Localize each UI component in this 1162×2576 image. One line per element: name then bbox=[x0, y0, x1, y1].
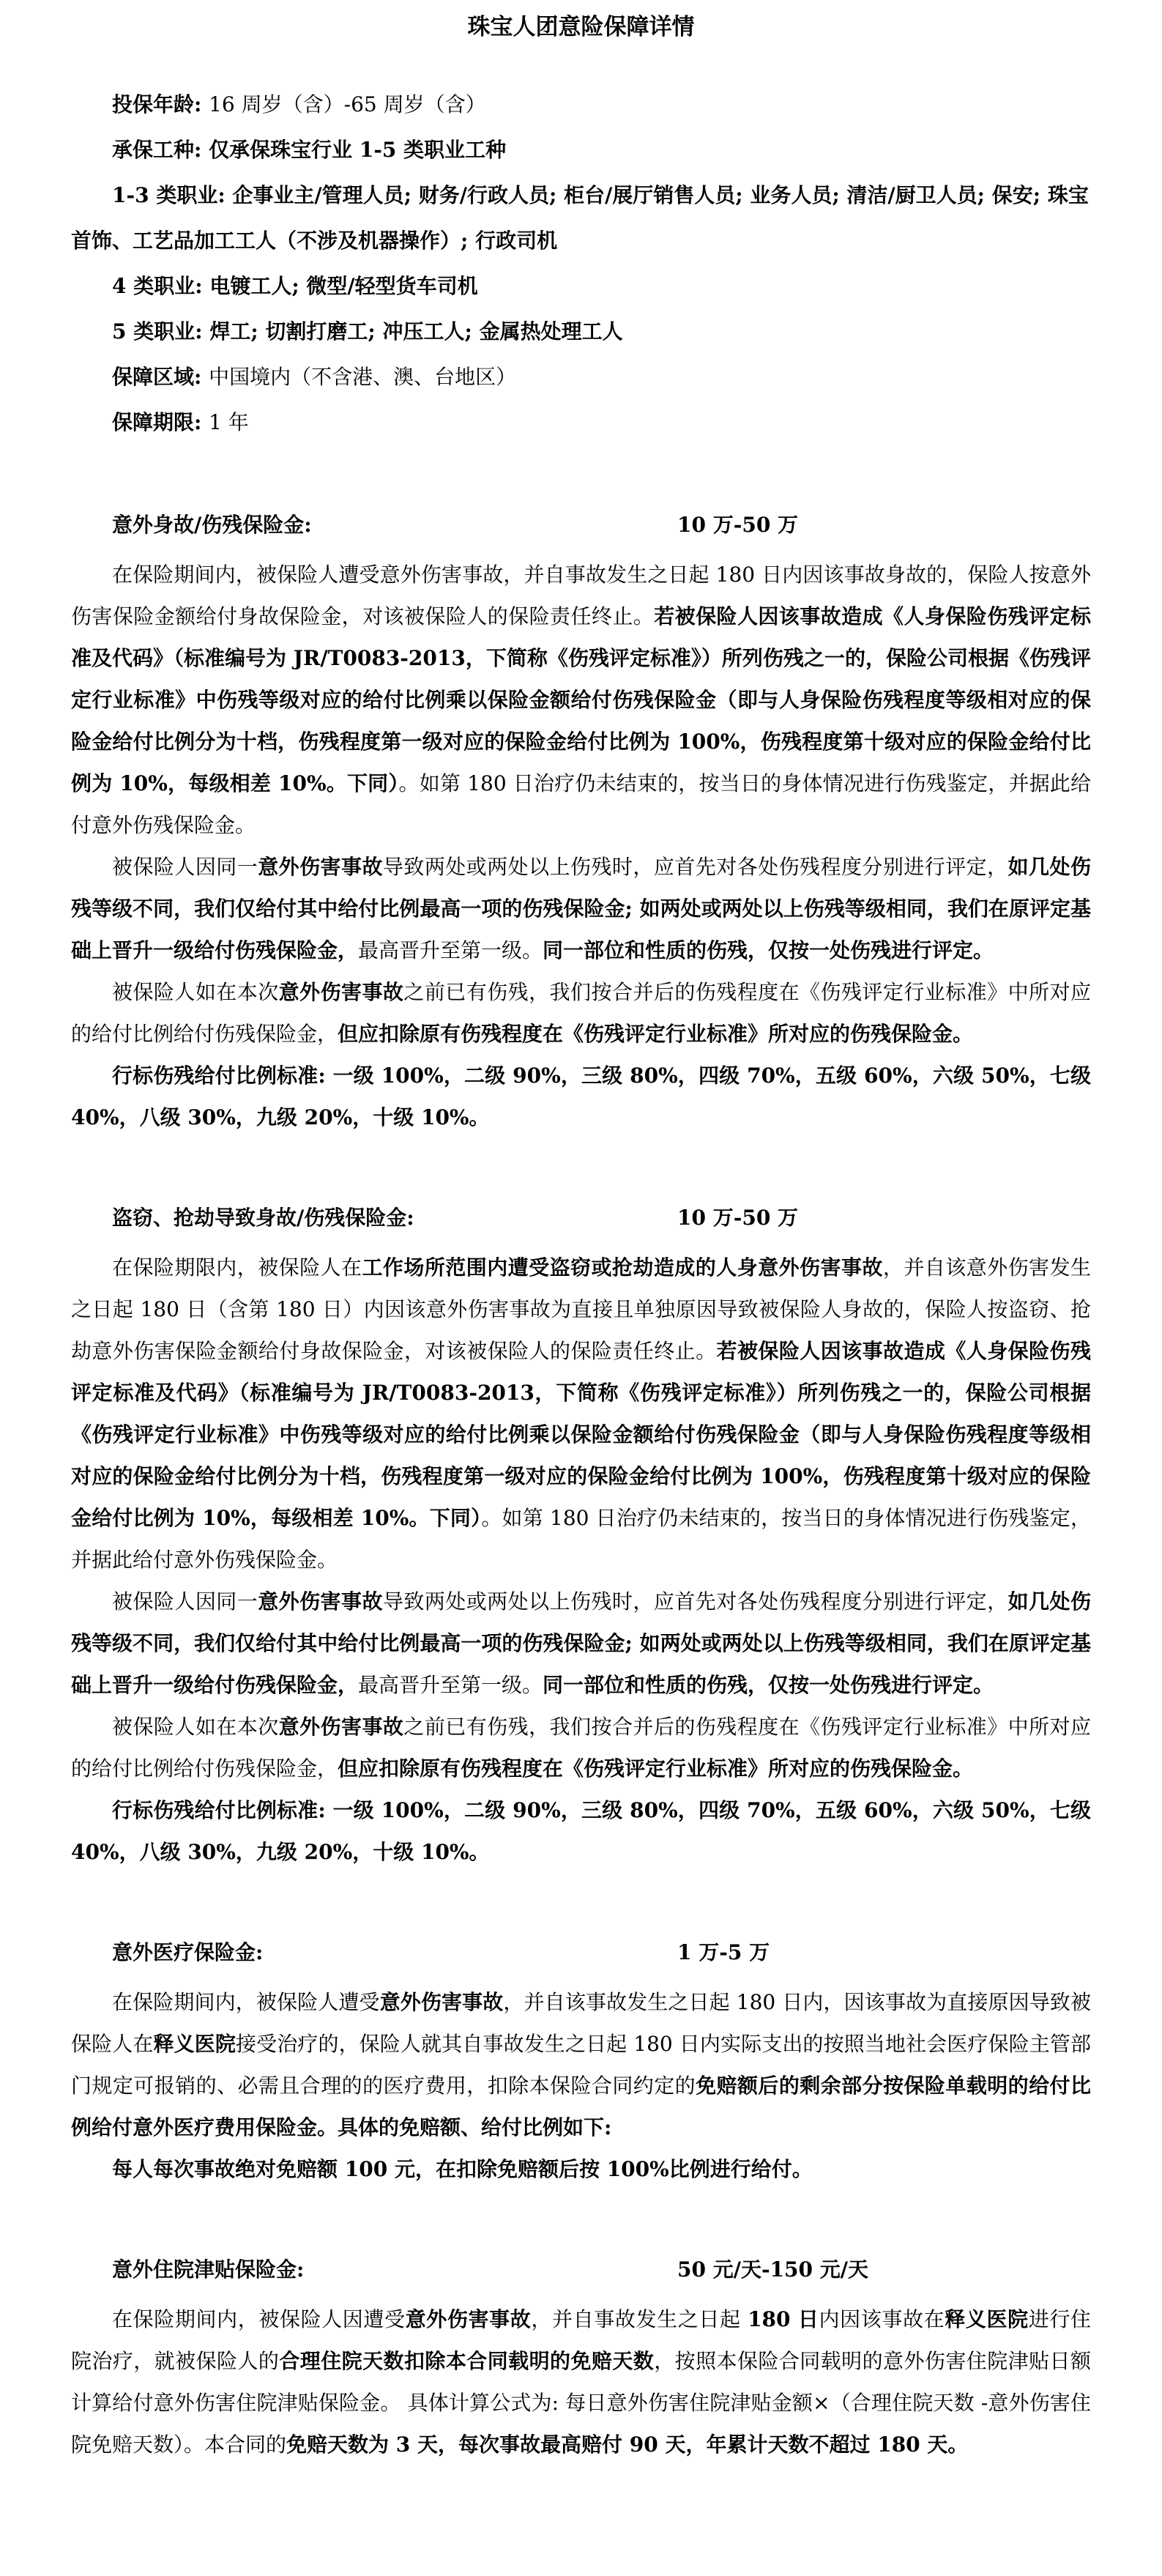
bold-text-run: 若被保险人因该事故造成《人身保险伤残评定标准及代码》（标准编号为 JR/T008… bbox=[71, 604, 1091, 795]
covered-trades-line: 承保工种: 仅承保珠宝行业 1-5 类职业工种 bbox=[71, 127, 1091, 173]
bold-text-run: 4 类职业: 电镀工人; 微型/轻型货车司机 bbox=[112, 274, 478, 298]
bold-text-run: 行标伤残给付比例标准: 一级 100%，二级 90%，三级 80%，四级 70%… bbox=[71, 1798, 1091, 1864]
paragraph: 行标伤残给付比例标准: 一级 100%，二级 90%，三级 80%，四级 70%… bbox=[71, 1055, 1091, 1138]
page-title: 珠宝人团意险保障详情 bbox=[71, 10, 1091, 44]
text-run: 被保险人如在本次 bbox=[112, 980, 279, 1004]
section-label: 盗窃、抢劫导致身故/伤残保险金: bbox=[112, 1206, 414, 1230]
bold-text-run: 同一部位和性质的伤残，仅按一处伤残进行评定。 bbox=[543, 938, 994, 962]
bold-text-run: 投保年龄: bbox=[112, 92, 209, 116]
text-run: 中国境内（不含港、澳、台地区） bbox=[209, 365, 516, 389]
section-header: 意外身故/伤残保险金:10 万-50 万 bbox=[71, 502, 1091, 548]
benefit-sections: 意外身故/伤残保险金:10 万-50 万在保险期间内，被保险人遭受意外伤害事故，… bbox=[71, 502, 1091, 2465]
bold-text-run: 意外伤害事故 bbox=[279, 1715, 404, 1739]
bold-text-run: 承保工种: 仅承保珠宝行业 1-5 类职业工种 bbox=[112, 138, 506, 162]
paragraph: 在保险期间内，被保险人因遭受意外伤害事故，并自事故发生之日起 180 日内因该事… bbox=[71, 2298, 1091, 2465]
text-run: 内因该事故在 bbox=[819, 2307, 945, 2331]
section-label: 意外医疗保险金: bbox=[112, 1940, 263, 1964]
text-run: 最高晋升至第一级。 bbox=[358, 1673, 543, 1697]
bold-text-run: 释义医院 bbox=[153, 2032, 235, 2056]
bold-text-run: 每人每次事故绝对免赔额 100 元，在扣除免赔额后按 100%比例进行给付。 bbox=[112, 2157, 813, 2181]
bold-text-run: 180 日 bbox=[748, 2307, 819, 2331]
policy-age-line: 投保年龄: 16 周岁（含）-65 周岁（含） bbox=[71, 82, 1091, 127]
bold-text-run: 免赔天数为 3 天，每次事故最高赔付 90 天，年累计天数不超过 180 天。 bbox=[286, 2432, 968, 2457]
paragraph: 被保险人因同一意外伤害事故导致两处或两处以上伤残时，应首先对各处伤残程度分别进行… bbox=[71, 846, 1091, 971]
section-label: 意外身故/伤残保险金: bbox=[112, 513, 312, 537]
insurance-benefit-document: 珠宝人团意险保障详情 投保年龄: 16 周岁（含）-65 周岁（含）承保工种: … bbox=[0, 0, 1162, 2576]
section-accident-hospitalization-allowance-benefit: 意外住院津贴保险金:50 元/天-150 元/天在保险期间内，被保险人因遭受意外… bbox=[71, 2247, 1091, 2465]
bold-text-run: 意外伤害事故 bbox=[258, 1589, 383, 1614]
section-header: 意外医疗保险金:1 万-5 万 bbox=[71, 1930, 1091, 1975]
occupation-class-5-line: 5 类职业: 焊工; 切割打磨工; 冲压工人; 金属热处理工人 bbox=[71, 309, 1091, 355]
paragraph: 在保险期限内，被保险人在工作场所范围内遭受盗窃或抢劫造成的人身意外伤害事故，并自… bbox=[71, 1247, 1091, 1581]
coverage-area-line: 保障区域: 中国境内（不含港、澳、台地区） bbox=[71, 355, 1091, 400]
bold-text-run: 合理住院天数扣除本合同载明的免赔天数 bbox=[279, 2349, 654, 2373]
bold-text-run: 意外伤害事故 bbox=[258, 855, 383, 879]
paragraph: 被保险人如在本次意外伤害事故之前已有伤残，我们按合并后的伤残程度在《伤残评定行业… bbox=[71, 971, 1091, 1055]
bold-text-run: 行标伤残给付比例标准: 一级 100%，二级 90%，三级 80%，四级 70%… bbox=[71, 1064, 1091, 1129]
paragraph: 被保险人因同一意外伤害事故导致两处或两处以上伤残时，应首先对各处伤残程度分别进行… bbox=[71, 1581, 1091, 1706]
text-run: 在保险期限内，被保险人在 bbox=[112, 1255, 362, 1280]
bold-text-run: 意外伤害事故 bbox=[279, 980, 404, 1004]
section-accident-medical-benefit: 意外医疗保险金:1 万-5 万在保险期间内，被保险人遭受意外伤害事故，并自该事故… bbox=[71, 1930, 1091, 2190]
bold-text-run: 若被保险人因该事故造成《人身保险伤残评定标准及代码》（标准编号为 JR/T008… bbox=[71, 1339, 1091, 1530]
occupation-class-4-line: 4 类职业: 电镀工人; 微型/轻型货车司机 bbox=[71, 264, 1091, 309]
bold-text-run: 保障期限: bbox=[112, 410, 209, 434]
text-run: 最高晋升至第一级。 bbox=[358, 938, 543, 962]
text-run: 导致两处或两处以上伤残时，应首先对各处伤残程度分别进行评定， bbox=[383, 855, 1008, 879]
section-header: 盗窃、抢劫导致身故/伤残保险金:10 万-50 万 bbox=[71, 1195, 1091, 1241]
bold-text-run: 5 类职业: 焊工; 切割打磨工; 冲压工人; 金属热处理工人 bbox=[112, 319, 623, 344]
text-run: 在保险期间内，被保险人因遭受 bbox=[112, 2307, 406, 2331]
bold-text-run: 释义医院 bbox=[945, 2307, 1028, 2331]
text-run: 被保险人因同一 bbox=[112, 1589, 258, 1614]
bold-text-run: 但应扣除原有伤残程度在《伤残评定行业标准》所对应的伤残保险金。 bbox=[338, 1022, 973, 1046]
policy-info-block: 投保年龄: 16 周岁（含）-65 周岁（含）承保工种: 仅承保珠宝行业 1-5… bbox=[71, 82, 1091, 445]
section-amount: 1 万-5 万 bbox=[677, 1930, 770, 1975]
bold-text-run: 保障区域: bbox=[112, 365, 209, 389]
section-amount: 10 万-50 万 bbox=[677, 502, 798, 548]
text-run: 被保险人如在本次 bbox=[112, 1715, 279, 1739]
paragraph: 在保险期间内，被保险人遭受意外伤害事故，并自事故发生之日起 180 日内因该事故… bbox=[71, 554, 1091, 846]
bold-text-run: 意外伤害事故 bbox=[406, 2307, 532, 2331]
bold-text-run: 但应扣除原有伤残程度在《伤残评定行业标准》所对应的伤残保险金。 bbox=[338, 1756, 973, 1781]
section-amount: 10 万-50 万 bbox=[677, 1195, 798, 1241]
section-accident-death-disability-benefit: 意外身故/伤残保险金:10 万-50 万在保险期间内，被保险人遭受意外伤害事故，… bbox=[71, 502, 1091, 1138]
paragraph: 被保险人如在本次意外伤害事故之前已有伤残，我们按合并后的伤残程度在《伤残评定行业… bbox=[71, 1706, 1091, 1789]
bold-text-run: 意外伤害事故 bbox=[380, 1990, 504, 2014]
paragraph: 行标伤残给付比例标准: 一级 100%，二级 90%，三级 80%，四级 70%… bbox=[71, 1789, 1091, 1873]
paragraph: 在保险期间内，被保险人遭受意外伤害事故，并自该事故发生之日起 180 日内，因该… bbox=[71, 1981, 1091, 2148]
bold-text-run: 1-3 类职业: 企事业主/管理人员; 财务/行政人员; 柜台/展厅销售人员; … bbox=[71, 183, 1089, 253]
section-label: 意外住院津贴保险金: bbox=[112, 2257, 304, 2282]
text-run: 16 周岁（含）-65 周岁（含） bbox=[209, 92, 486, 116]
coverage-period-line: 保障期限: 1 年 bbox=[71, 400, 1091, 445]
bold-text-run: 工作场所范围内遭受盗窃或抢劫造成的人身意外伤害事故 bbox=[362, 1255, 882, 1280]
text-run: 导致两处或两处以上伤残时，应首先对各处伤残程度分别进行评定， bbox=[383, 1589, 1008, 1614]
section-header: 意外住院津贴保险金:50 元/天-150 元/天 bbox=[71, 2247, 1091, 2293]
text-run: 被保险人因同一 bbox=[112, 855, 258, 879]
bold-text-run: 同一部位和性质的伤残，仅按一处伤残进行评定。 bbox=[543, 1673, 994, 1697]
text-run: ，并自事故发生之日起 bbox=[531, 2307, 748, 2331]
text-run: 在保险期间内，被保险人遭受 bbox=[112, 1990, 380, 2014]
text-run: 1 年 bbox=[209, 410, 249, 434]
occupation-class-1-3-line: 1-3 类职业: 企事业主/管理人员; 财务/行政人员; 柜台/展厅销售人员; … bbox=[71, 173, 1091, 264]
section-theft-robbery-death-disability-benefit: 盗窃、抢劫导致身故/伤残保险金:10 万-50 万在保险期限内，被保险人在工作场… bbox=[71, 1195, 1091, 1873]
section-amount: 50 元/天-150 元/天 bbox=[677, 2247, 868, 2293]
paragraph: 每人每次事故绝对免赔额 100 元，在扣除免赔额后按 100%比例进行给付。 bbox=[71, 2148, 1091, 2190]
